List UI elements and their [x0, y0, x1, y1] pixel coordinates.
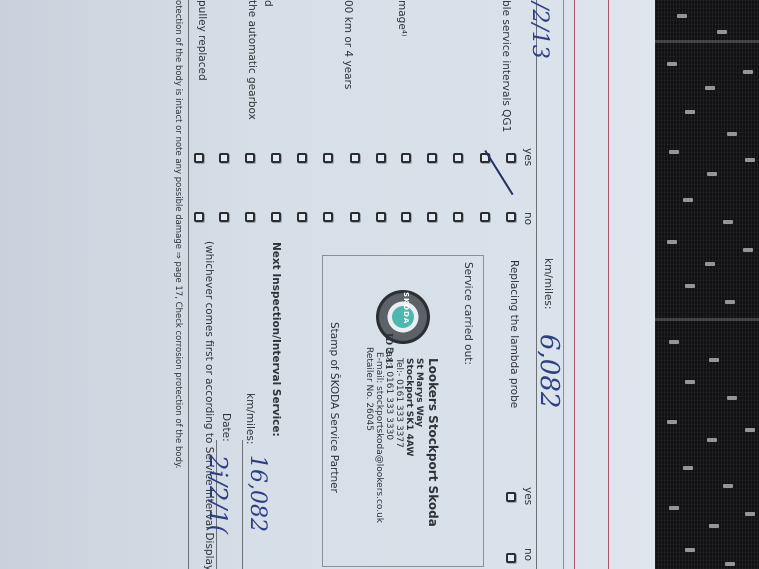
next-service-title: Next Inspection/Interval Service: [270, 242, 282, 437]
lambda-probe-label: Replacing the lambda probe [508, 260, 520, 408]
checklist-yes-checkbox[interactable] [297, 153, 307, 163]
lambda-probe-no-checkbox[interactable] [506, 553, 516, 563]
dealer-city: Stockport SK1 4AW [404, 358, 414, 456]
yes-column-label: yes [522, 148, 534, 166]
margin-rule [574, 0, 575, 569]
footer-divider-line [188, 0, 189, 569]
checklist-no-checkbox[interactable] [219, 212, 229, 222]
checklist-no-checkbox[interactable] [297, 212, 307, 222]
lambda-probe-yes-checkbox[interactable] [506, 492, 516, 502]
checklist-yes-checkbox[interactable] [427, 153, 437, 163]
header-divider-line-2 [563, 0, 564, 569]
checklist-item-label: ble service intervals QG1 [500, 0, 512, 132]
next-service-note: (whichever comes first or according to S… [203, 241, 215, 569]
next-km-miles-label: km/miles: [244, 393, 256, 444]
checklist-no-checkbox[interactable] [323, 212, 333, 222]
checklist-yes-checkbox[interactable] [271, 153, 281, 163]
checklist-yes-checkbox[interactable] [376, 153, 386, 163]
dealer-retailer-no: Retailer No. 26045 [364, 347, 374, 431]
checklist-item-label: mage⁴⁾ [396, 0, 408, 37]
checklist-yes-checkbox[interactable] [453, 153, 463, 163]
no-column-label: no [522, 212, 534, 225]
checklist-item-label: 00 km or 4 years [342, 0, 354, 89]
dealer-email: E-mail: stockportskoda@lookers.co.uk [374, 352, 384, 523]
checklist-no-checkbox[interactable] [350, 212, 360, 222]
checklist-yes-checkbox[interactable] [194, 153, 204, 163]
checklist-no-checkbox[interactable] [271, 212, 281, 222]
checklist-yes-checkbox[interactable] [219, 153, 229, 163]
checklist-yes-checkbox[interactable] [350, 153, 360, 163]
service-record-page: /2/13 km/miles: 6,082 yes no yes no ble … [0, 0, 655, 569]
checklist-no-checkbox[interactable] [427, 212, 437, 222]
car-seat-fabric-background [655, 0, 759, 569]
checklist-item-label: the automatic gearbox [246, 0, 258, 120]
checklist-yes-checkbox[interactable] [245, 153, 255, 163]
checklist-no-checkbox[interactable] [376, 212, 386, 222]
km-miles-label: km/miles: [542, 258, 554, 309]
checklist-item-label: d [262, 0, 274, 7]
checklist-item-label: pulley replaced [196, 0, 208, 81]
dealer-name: Lookers Stockport Skoda [426, 358, 440, 527]
margin-rule-2 [608, 0, 609, 569]
seal-text: SKODA [402, 292, 410, 324]
dealer-street: St Marys Way [414, 358, 424, 427]
next-km-underline [242, 440, 243, 569]
checklist-no-checkbox[interactable] [480, 212, 490, 222]
checklist-yes-checkbox[interactable] [323, 153, 333, 163]
checklist-no-checkbox[interactable] [401, 212, 411, 222]
handwritten-date-fragment: /2/13 [527, 2, 552, 59]
header-divider-line [536, 0, 537, 569]
checklist-yes-checkbox[interactable] [401, 153, 411, 163]
checklist-no-checkbox[interactable] [194, 212, 204, 222]
no-column-label-right: no [522, 548, 534, 561]
footer-note: otection of the body is intact or note a… [173, 0, 183, 469]
checklist-no-checkbox[interactable] [506, 212, 516, 222]
checklist-yes-checkbox[interactable] [506, 153, 516, 163]
yes-column-label-right: yes [522, 487, 534, 505]
next-date-label: Date: [220, 413, 232, 442]
checklist-no-checkbox[interactable] [453, 212, 463, 222]
next-km-miles-value[interactable]: 16,082 [245, 455, 270, 532]
checklist-no-checkbox[interactable] [245, 212, 255, 222]
dealer-id: ID 2.11 [383, 333, 393, 370]
stamp-caption: Stamp of ŠKODA Service Partner [328, 322, 340, 493]
km-miles-value[interactable]: 6,082 [534, 334, 564, 408]
dealer-tel: Tel:- 0161 333 3377 [394, 358, 404, 448]
